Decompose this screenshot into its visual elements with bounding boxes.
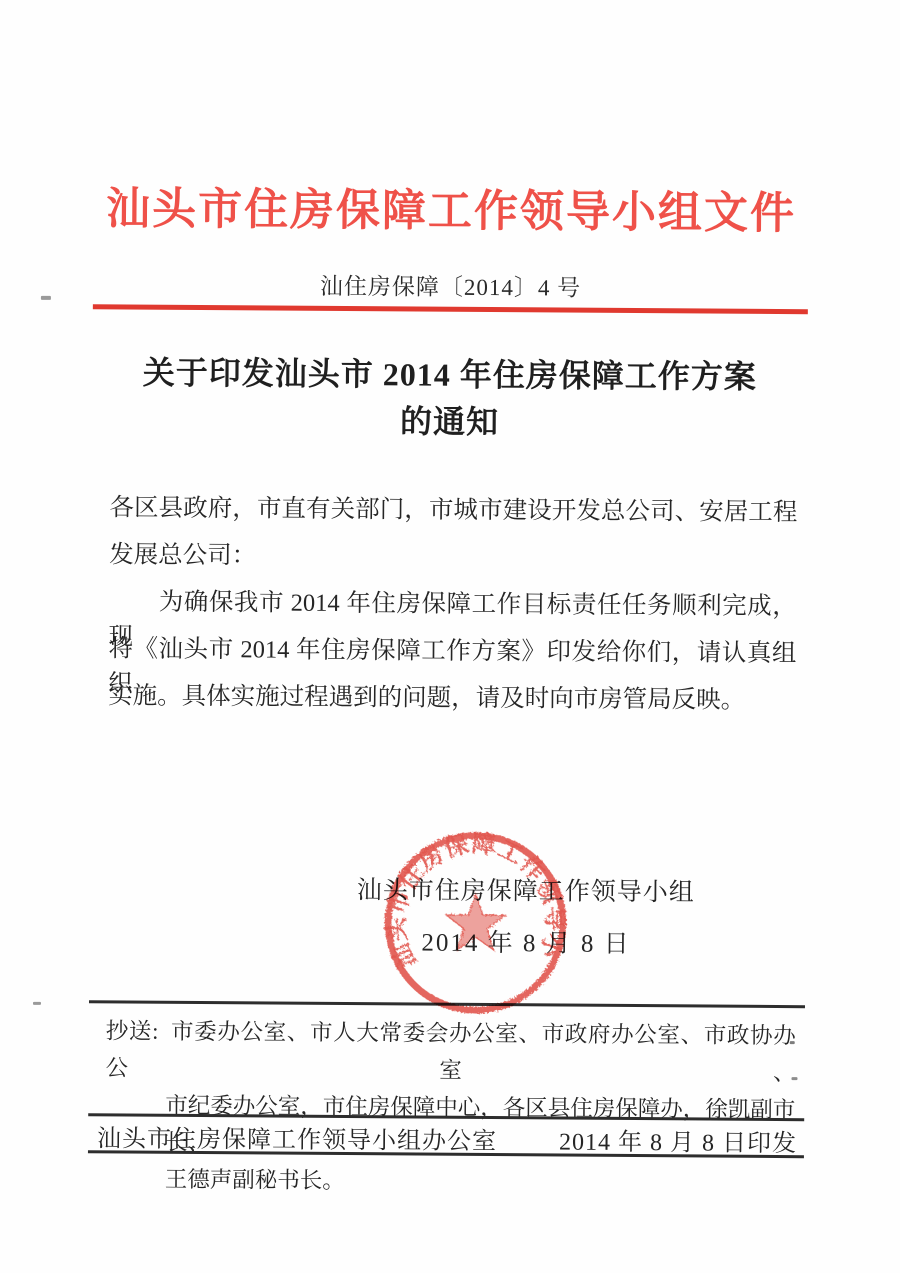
cc-line1: 抄送:市委办公室、市人大常委会办公室、市政府办公室、市政协办公室、: [105, 1012, 795, 1091]
document-content: 汕头市住房保障工作领导小组文件 汕住房保障〔2014〕4 号 关于印发汕头市 2…: [0, 0, 900, 1273]
seal-star-icon: [446, 894, 505, 950]
document-title-line1: 关于印发汕头市 2014 年住房保障工作方案: [92, 347, 807, 398]
cc-line1-text: 市委办公室、市人大常委会办公室、市政府办公室、市政协办公室、: [105, 1019, 795, 1085]
cc-line3: 王德声副秘书长。: [105, 1160, 795, 1202]
scan-artifact-mark: [33, 1002, 41, 1005]
cc-label: 抄送:: [106, 1018, 159, 1043]
red-divider-rule: [93, 304, 808, 314]
cc-block: 抄送:市委办公室、市人大常委会办公室、市政府办公室、市政协办公室、 市纪委办公室…: [105, 1012, 796, 1202]
paragraph-line3: 实施。具体实施过程遇到的问题，请及时向市房管局反映。: [108, 676, 796, 716]
salutation-line2: 发展总公司：: [109, 535, 797, 575]
scanned-document-page: 汕头市住房保障工作领导小组文件 汕住房保障〔2014〕4 号 关于印发汕头市 2…: [0, 0, 900, 1273]
document-number: 汕住房保障〔2014〕4 号: [93, 266, 808, 304]
footer-print-date: 2014 年 8 月 8 日印发: [559, 1122, 797, 1159]
scan-artifact-mark: [41, 296, 51, 300]
salutation-line1: 各区县政府，市直有关部门，市城市建设开发总公司、安居工程: [109, 488, 797, 528]
official-seal-stamp: 汕头市住房保障工作领导小组: [379, 826, 572, 1019]
scan-artifact-mark: [790, 1041, 795, 1044]
scan-artifact-mark: [791, 1077, 797, 1080]
document-title-line2: 的通知: [92, 394, 807, 445]
document-header-title: 汕头市住房保障工作领导小组文件: [93, 172, 808, 241]
